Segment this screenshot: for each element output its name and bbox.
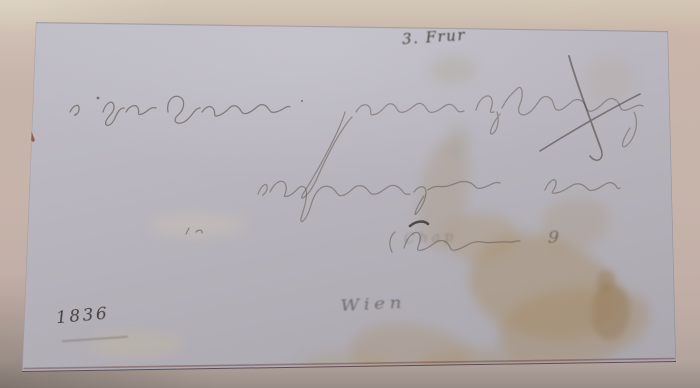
letter-cover: 3. Frur Chap 9 Wien 1836 (faded illegibl…	[0, 0, 700, 388]
right-edge-line	[668, 31, 676, 362]
address-line-1-script-continued	[356, 87, 643, 146]
handwriting-layer	[0, 0, 700, 388]
ink-dash-mark	[410, 222, 428, 226]
address-line-1-script	[70, 96, 290, 125]
left-edge-line	[22, 22, 36, 372]
top-edge-line	[36, 23, 668, 32]
misc-ink-specks	[186, 5, 566, 234]
photo-background: 3. Frur Chap 9 Wien 1836 (faded illegibl…	[0, 0, 700, 388]
notation-script	[390, 232, 520, 252]
city-handwriting: Wien	[340, 293, 407, 315]
notation-number-handwriting: 9	[547, 228, 559, 249]
address-line-2-script	[258, 180, 620, 222]
flourish-descender-loop	[302, 112, 352, 198]
